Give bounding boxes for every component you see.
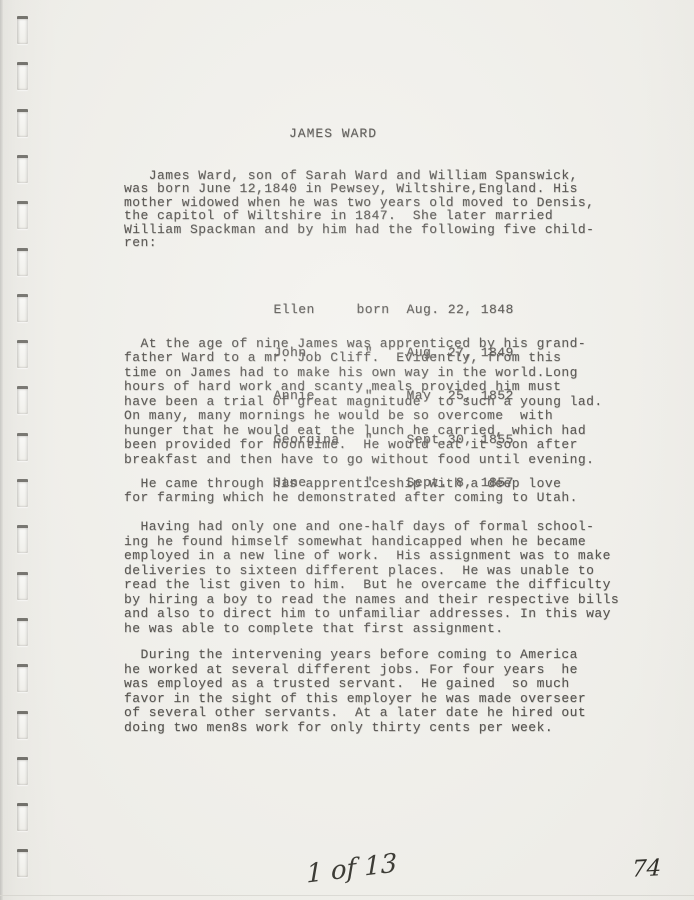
binding-hole — [17, 294, 28, 322]
binding-hole — [17, 479, 28, 507]
document-title: JAMES WARD — [289, 126, 377, 141]
binding-hole — [17, 201, 28, 229]
paragraph-jobs-before-america: During the intervening years before comi… — [124, 648, 586, 736]
paragraph-love-of-farming: He came through his apprenticeship with … — [124, 477, 578, 504]
child-born-label: born — [357, 302, 407, 317]
binding-hole — [17, 433, 28, 461]
scanned-page: JAMES WARD James Ward, son of Sarah Ward… — [0, 0, 694, 900]
handwritten-sheet-label: 1 of 13 — [306, 848, 397, 889]
page-bottom-edge-line — [0, 895, 694, 896]
child-row: EllenbornAug. 22, 1848 — [224, 287, 514, 300]
binding-hole — [17, 16, 28, 44]
binding-hole — [17, 340, 28, 368]
binding-hole — [17, 664, 28, 692]
paragraph-apprenticeship: At the age of nine James was apprenticed… — [124, 337, 603, 467]
binding-hole — [17, 572, 28, 600]
binding-hole — [17, 757, 28, 785]
binding-hole — [17, 711, 28, 739]
child-birth-date: Aug. 22, 1848 — [407, 302, 514, 317]
binding-hole — [17, 386, 28, 414]
binding-hole — [17, 618, 28, 646]
binding-hole — [17, 849, 28, 877]
child-name: Ellen — [274, 302, 357, 317]
binding-hole — [17, 155, 28, 183]
binding-hole — [17, 525, 28, 553]
binding-hole — [17, 62, 28, 90]
binding-hole — [17, 803, 28, 831]
handwritten-page-number: 74 — [632, 855, 662, 883]
paragraph-schooling: Having had only one and one-half days of… — [124, 520, 619, 636]
binding-hole — [17, 248, 28, 276]
paragraph-birth-family: James Ward, son of Sarah Ward and Willia… — [124, 169, 594, 249]
page-left-edge-shadow — [0, 0, 3, 900]
binding-hole — [17, 109, 28, 137]
